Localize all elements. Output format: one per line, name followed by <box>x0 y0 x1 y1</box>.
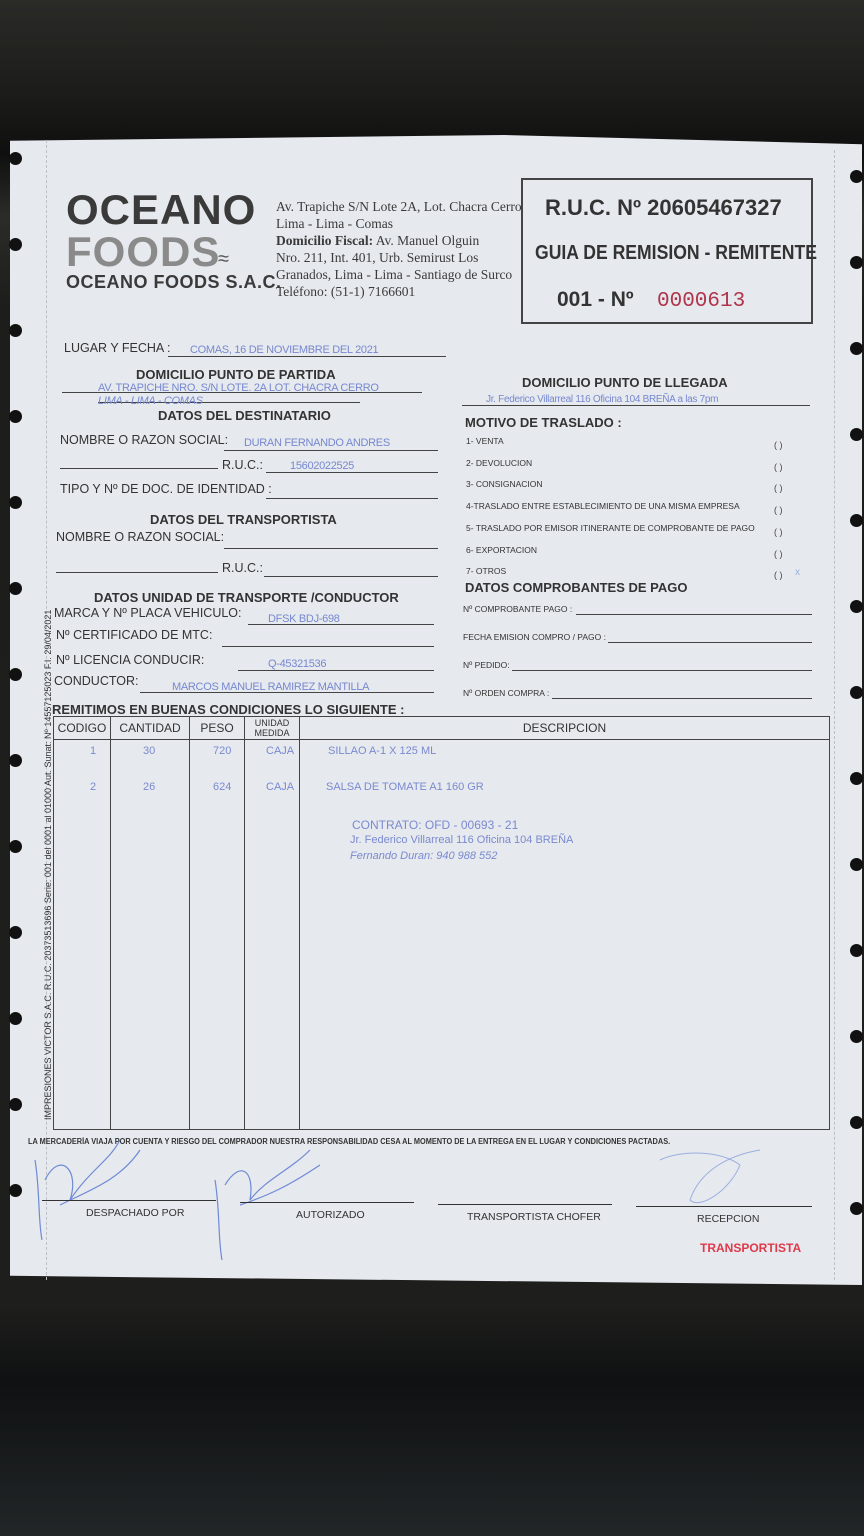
signature-label: TRANSPORTISTA CHOFER <box>467 1211 601 1223</box>
item-codigo[interactable]: 1 <box>90 745 96 757</box>
dest-name-label: NOMBRE O RAZON SOCIAL: <box>60 433 228 447</box>
comprobante-line[interactable] <box>608 642 812 643</box>
item-descripcion[interactable]: SALSA DE TOMATE A1 160 GR <box>326 781 484 793</box>
transp-ruc-label: R.U.C.: <box>222 561 263 575</box>
motivo-title: MOTIVO DE TRASLADO : <box>465 415 622 430</box>
address-line: Av. Trapiche S/N Lote 2A, Lot. Chacra Ce… <box>276 198 526 215</box>
address-line: Lima - Lima - Comas <box>276 215 526 232</box>
transp-ruc-line <box>264 576 438 577</box>
fiscal-line: Granados, Lima - Lima - Santiago de Surc… <box>276 266 526 283</box>
feed-hole-icon <box>850 514 863 527</box>
items-table: CODIGO CANTIDAD PESO UNIDAD MEDIDA DESCR… <box>53 716 830 1130</box>
feed-hole-icon <box>9 324 22 337</box>
col-descripcion: DESCRIPCION <box>300 717 830 740</box>
motivo-checkbox[interactable]: ( ) <box>774 549 783 559</box>
lugar-fecha-label: LUGAR Y FECHA : <box>64 341 171 355</box>
feed-hole-icon <box>850 944 863 957</box>
col-unidad: UNIDAD MEDIDA <box>245 717 300 740</box>
company-name: OCEANO FOODS S.A.C. <box>66 272 282 293</box>
item-note: Jr. Federico Villarreal 116 Oficina 104 … <box>350 834 573 846</box>
dest-name-value[interactable]: DURAN FERNANDO ANDRES <box>244 437 390 449</box>
item-cantidad[interactable]: 30 <box>143 745 155 757</box>
series-label: 001 - Nº <box>557 288 634 312</box>
signature-label: AUTORIZADO <box>296 1209 365 1221</box>
feed-hole-icon <box>850 342 863 355</box>
motivo-option-label: 1- VENTA <box>466 436 504 446</box>
feed-hole-icon <box>9 152 22 165</box>
partida-title: DOMICILIO PUNTO DE PARTIDA <box>136 367 336 382</box>
dest-ruc-value[interactable]: 15602022525 <box>290 460 354 472</box>
feed-hole-icon <box>850 1116 863 1129</box>
destinatario-title: DATOS DEL DESTINATARIO <box>158 408 331 423</box>
document-number: 0000613 <box>657 290 745 313</box>
llegada-value[interactable]: Jr. Federico Villarreal 116 Oficina 104 … <box>486 394 718 405</box>
col-codigo: CODIGO <box>54 717 111 740</box>
dest-name-line <box>224 450 438 451</box>
mtc-line <box>222 646 434 647</box>
lugar-fecha-value[interactable]: COMAS, 16 DE NOVIEMBRE DEL 2021 <box>190 344 378 356</box>
comprobante-label: FECHA EMISION COMPRO / PAGO : <box>463 632 606 642</box>
transportista-title: DATOS DEL TRANSPORTISTA <box>150 512 337 527</box>
dest-doc-label: TIPO Y Nº DE DOC. DE IDENTIDAD : <box>60 482 272 496</box>
comprobante-label: Nº PEDIDO: <box>463 660 510 670</box>
company-address: Av. Trapiche S/N Lote 2A, Lot. Chacra Ce… <box>276 198 526 300</box>
comprobante-line[interactable] <box>512 670 812 671</box>
motivo-checkbox[interactable]: ( ) <box>774 483 783 493</box>
signature-line <box>42 1200 216 1201</box>
transp-name-line <box>224 548 438 549</box>
item-unidad[interactable]: CAJA <box>266 745 294 757</box>
dest-blank-line <box>60 468 218 469</box>
dest-ruc-label: R.U.C.: <box>222 458 263 472</box>
feed-hole-icon <box>9 754 22 767</box>
motivo-option-label: 6- EXPORTACION <box>466 545 537 555</box>
item-note: CONTRATO: OFD - 00693 - 21 <box>352 818 518 832</box>
feed-hole-icon <box>850 256 863 269</box>
motivo-option-label: 3- CONSIGNACION <box>466 479 543 489</box>
feed-hole-icon <box>9 496 22 509</box>
mtc-label: Nº CERTIFICADO DE MTC: <box>56 628 212 642</box>
item-peso[interactable]: 720 <box>213 745 231 757</box>
item-unidad[interactable]: CAJA <box>266 781 294 793</box>
ruc-number: R.U.C. Nº 20605467327 <box>545 195 782 221</box>
feed-hole-icon <box>850 772 863 785</box>
comprobantes-title: DATOS COMPROBANTES DE PAGO <box>465 580 687 595</box>
items-title: REMITIMOS EN BUENAS CONDICIONES LO SIGUI… <box>52 702 404 717</box>
feed-hole-icon <box>9 1012 22 1025</box>
feed-hole-icon <box>9 1098 22 1111</box>
motivo-checkbox[interactable]: ( ) <box>774 570 783 580</box>
copy-label: TRANSPORTISTA <box>700 1241 801 1255</box>
feed-hole-icon <box>850 1030 863 1043</box>
col-cantidad: CANTIDAD <box>111 717 190 740</box>
llegada-line <box>462 405 810 406</box>
motivo-checkbox[interactable]: ( ) <box>774 505 783 515</box>
document-type: GUIA DE REMISION - REMITENTE <box>535 242 817 265</box>
conductor-label: CONDUCTOR: <box>54 674 139 688</box>
feed-hole-icon <box>9 668 22 681</box>
dest-ruc-line <box>266 472 438 473</box>
motivo-option-label: 7- OTROS <box>466 566 506 576</box>
transp-blank-line <box>56 572 218 573</box>
feed-hole-icon <box>9 582 22 595</box>
feed-hole-icon <box>850 170 863 183</box>
printer-info: IMPRESIONES VICTOR S.A.C. R.U.C. 2037351… <box>43 680 53 1120</box>
partida-line1[interactable]: AV. TRAPICHE NRO. S/N LOTE. 2A LOT. CHAC… <box>98 382 379 394</box>
comprobante-line[interactable] <box>552 698 812 699</box>
placa-label: MARCA Y Nº PLACA VEHICULO: <box>54 606 242 620</box>
item-descripcion[interactable]: SILLAO A-1 X 125 ML <box>328 745 436 757</box>
perforation-line <box>834 150 835 1280</box>
partida-line2-value[interactable]: LIMA - LIMA - COMAS <box>98 395 203 407</box>
item-peso[interactable]: 624 <box>213 781 231 793</box>
signature-label: DESPACHADO POR <box>86 1207 184 1219</box>
llegada-title: DOMICILIO PUNTO DE LLEGADA <box>522 375 728 390</box>
feed-hole-icon <box>850 686 863 699</box>
signature-line <box>438 1204 612 1205</box>
transp-name-label: NOMBRE O RAZON SOCIAL: <box>56 530 224 544</box>
item-cantidad[interactable]: 26 <box>143 781 155 793</box>
signature-label: RECEPCION <box>697 1213 759 1225</box>
signature-line <box>240 1202 414 1203</box>
feed-hole-icon <box>9 238 22 251</box>
comprobante-line[interactable] <box>576 614 812 615</box>
check-mark-icon: x <box>795 567 800 578</box>
feed-hole-icon <box>9 840 22 853</box>
phone: Teléfono: (51-1) 7166601 <box>276 283 526 300</box>
motivo-checkbox[interactable]: ( ) <box>774 440 783 450</box>
placa-value[interactable]: DFSK BDJ-698 <box>268 613 340 625</box>
comprobante-label: Nº COMPROBANTE PAGO : <box>463 604 572 614</box>
motivo-option-label: 2- DEVOLUCION <box>466 458 532 468</box>
logo-oceano: OCEANO <box>66 188 256 232</box>
licencia-value[interactable]: Q-45321536 <box>268 658 326 670</box>
items-header-row: CODIGO CANTIDAD PESO UNIDAD MEDIDA DESCR… <box>54 717 830 740</box>
item-codigo[interactable]: 2 <box>90 781 96 793</box>
licencia-label: Nº LICENCIA CONDUCIR: <box>56 653 204 667</box>
feed-hole-icon <box>850 858 863 871</box>
comprobante-label: Nº ORDEN COMPRA : <box>463 688 549 698</box>
motivo-checkbox[interactable]: ( ) <box>774 527 783 537</box>
unidad-title: DATOS UNIDAD DE TRANSPORTE /CONDUCTOR <box>94 590 399 605</box>
item-note: Fernando Duran: 940 988 552 <box>350 850 497 862</box>
motivo-option-label: 4-TRASLADO ENTRE ESTABLECIMIENTO DE UNA … <box>466 501 740 511</box>
feed-hole-icon <box>9 926 22 939</box>
lugar-fecha-line <box>168 356 446 357</box>
fiscal-address: Domicilio Fiscal: Av. Manuel Olguin <box>276 232 526 249</box>
logo-foods: FOODS <box>66 230 220 274</box>
feed-hole-icon <box>850 600 863 613</box>
fiscal-label: Domicilio Fiscal: <box>276 233 373 248</box>
fiscal-line: Nro. 211, Int. 401, Urb. Semirust Los <box>276 249 526 266</box>
conductor-value[interactable]: MARCOS MANUEL RAMIREZ MANTILLA <box>172 681 369 693</box>
fiscal-line: Av. Manuel Olguin <box>376 233 480 248</box>
feed-hole-icon <box>850 428 863 441</box>
motivo-checkbox[interactable]: ( ) <box>774 462 783 472</box>
dest-doc-line <box>266 498 438 499</box>
wave-logo-icon: ≈ <box>218 248 229 271</box>
licencia-line <box>238 670 434 671</box>
col-peso: PESO <box>190 717 245 740</box>
signature-line <box>636 1206 812 1207</box>
motivo-option-label: 5- TRASLADO POR EMISOR ITINERANTE DE COM… <box>466 523 755 533</box>
feed-hole-icon <box>9 410 22 423</box>
